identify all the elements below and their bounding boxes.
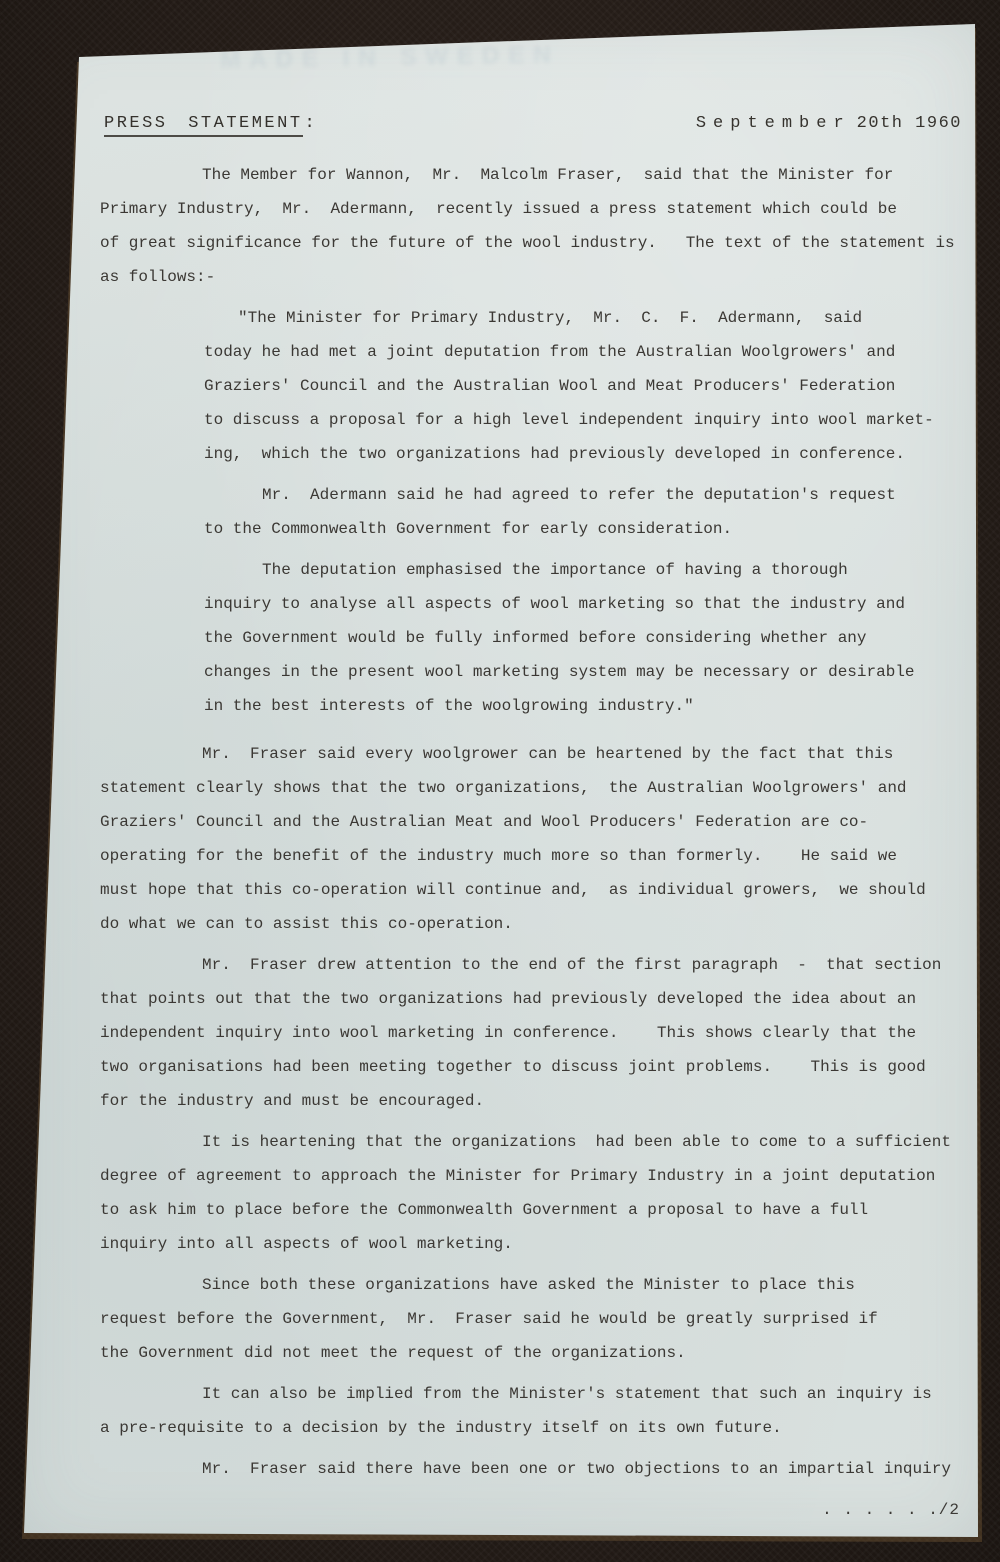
document-body: The Member for Wannon, Mr. Malcolm Frase… [100,158,966,1527]
paragraph: Mr. Fraser drew attention to the end of … [100,948,966,1118]
paragraph: It can also be implied from the Minister… [100,1377,966,1445]
corner-crease-mark [72,9,125,44]
page-title: PRESS STATEMENT: [104,114,315,133]
ink-speck [67,55,75,63]
page-title-text: PRESS STATEMENT [104,114,303,137]
quoted-paragraph: Mr. Adermann said he had agreed to refer… [204,478,960,546]
paragraph: It is heartening that the organizations … [100,1125,966,1261]
document-date: September20th 1960 [696,114,962,133]
page-number: . . . . . ./2 [100,1493,966,1527]
quoted-paragraph: "The Minister for Primary Industry, Mr. … [204,301,960,471]
document-page: MADE IN SWEDEN PRESS STATEMENT: Septembe… [0,0,1000,1562]
document-header: PRESS STATEMENT: September20th 1960 [104,114,962,133]
quoted-paragraph: The deputation emphasised the importance… [204,553,960,723]
scan-background: MADE IN SWEDEN PRESS STATEMENT: Septembe… [0,0,1000,1562]
paragraph-intro: The Member for Wannon, Mr. Malcolm Frase… [100,158,966,294]
staple-mark [108,18,115,26]
date-day-year: 20th 1960 [857,114,962,133]
paragraph: Since both these organizations have aske… [100,1268,966,1370]
typewritten-content: PRESS STATEMENT: September20th 1960 The … [0,0,1000,1562]
ink-speck [84,40,86,43]
quoted-statement-block: "The Minister for Primary Industry, Mr. … [100,301,966,723]
page-title-colon: : [305,114,315,133]
date-month: September [696,114,851,133]
paragraph: Mr. Fraser said every woolgrower can be … [100,737,966,941]
paragraph: Mr. Fraser said there have been one or t… [100,1452,966,1486]
